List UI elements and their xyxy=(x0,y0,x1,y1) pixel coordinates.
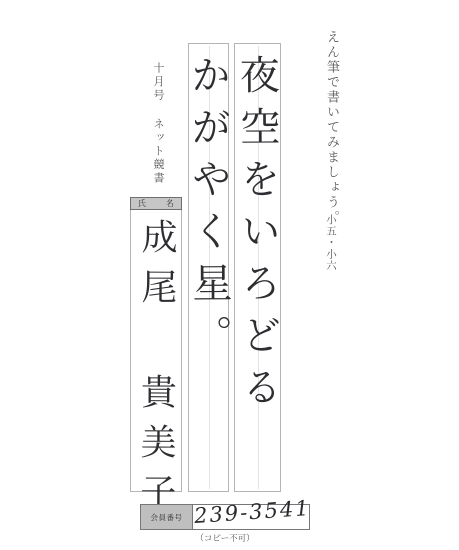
calligraphy-entry-sheet: えん筆で書いてみましょう。 小五・小六 夜空をいろどる かがやく星。 十月号 ネ… xyxy=(0,0,459,550)
instruction-text: えん筆で書いてみましょう。 xyxy=(322,30,341,225)
writing-column-right: 夜空をいろどる xyxy=(234,43,281,492)
no-copy-note: （コピー不可） xyxy=(140,532,310,544)
name-field-body: 成尾 貴美子 xyxy=(130,210,182,492)
name-field-header: 氏 名 xyxy=(130,197,182,210)
issue-label: 十月号 xyxy=(150,62,166,103)
name-column: 氏 名 成尾 貴美子 xyxy=(130,197,182,492)
handwritten-phrase-line-2: かがやく星。 xyxy=(179,54,238,366)
entry-number-label: 会員番号 xyxy=(141,505,193,529)
writing-column-left: かがやく星。 xyxy=(188,43,229,492)
name-header-char-shi: 氏 xyxy=(138,198,146,209)
name-header-char-mei: 名 xyxy=(166,198,174,209)
handwritten-name: 成尾 貴美子 xyxy=(130,218,183,523)
contest-label: ネット競書 xyxy=(150,118,166,186)
grade-level-text: 小五・小六 xyxy=(324,214,339,272)
